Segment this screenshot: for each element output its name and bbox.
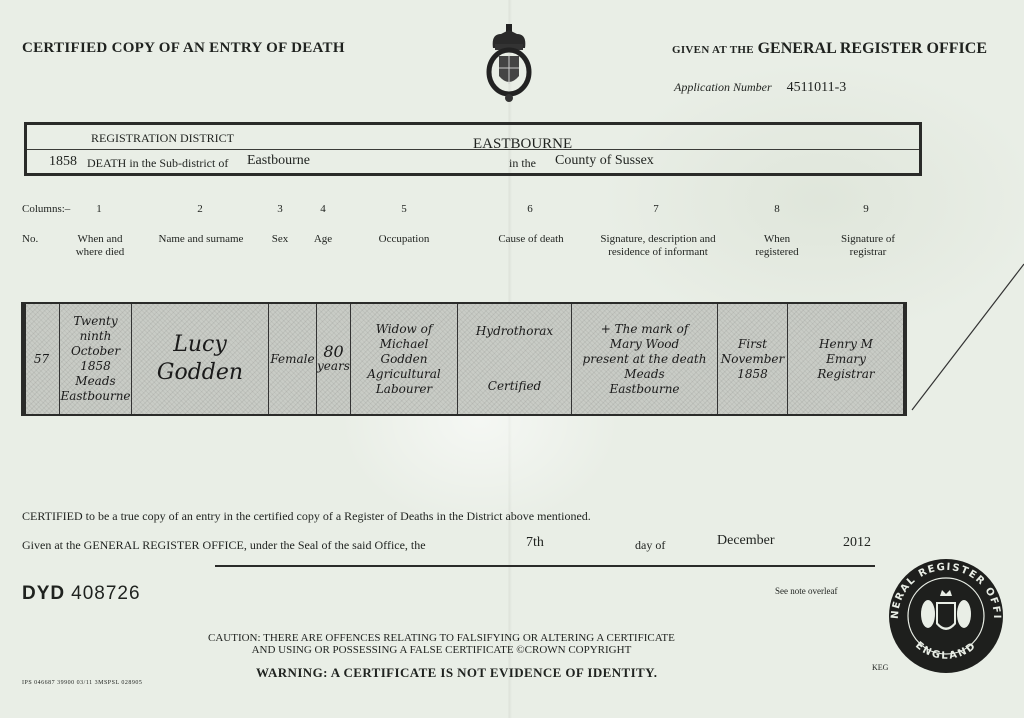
application-number-value: 4511011-3: [787, 80, 847, 95]
certificate-serial: DYD408726: [22, 583, 141, 605]
entry-informant: + The mark ofMary Woodpresent at the dea…: [572, 304, 718, 414]
registration-district-label: REGISTRATION DISTRICT: [91, 131, 234, 146]
issue-day: 7th: [526, 535, 544, 551]
general-register-office-heading: GIVEN AT THE GENERAL REGISTER OFFICE: [672, 40, 987, 58]
column-header-no: No.: [22, 233, 38, 246]
day-of-label: day of: [635, 538, 665, 553]
column-number: 7: [649, 203, 663, 215]
column-header-occupation: Occupation: [364, 233, 444, 246]
cancellation-stroke: [906, 262, 1024, 412]
registration-district-box: REGISTRATION DISTRICT EASTBOURNE 1858 DE…: [24, 122, 922, 176]
column-header-informant: Signature, description andresidence of i…: [592, 233, 724, 259]
entry-registrar-signature: Henry MEmaryRegistrar: [788, 304, 904, 414]
column-header-cause: Cause of death: [486, 233, 576, 246]
subdistrict-value: Eastbourne: [247, 153, 310, 169]
column-number: 9: [859, 203, 873, 215]
caution-notice: CAUTION: THERE ARE OFFENCES RELATING TO …: [208, 632, 675, 656]
entry-age: 80years: [317, 304, 351, 414]
certified-statement: CERTIFIED to be a true copy of an entry …: [22, 509, 591, 524]
identity-warning: WARNING: A CERTIFICATE IS NOT EVIDENCE O…: [256, 665, 657, 681]
signature-rule: [215, 565, 875, 567]
columns-label: Columns:–: [22, 203, 70, 215]
county-prefix: in the: [509, 156, 536, 171]
column-number: 3: [273, 203, 287, 215]
royal-crest-icon: [483, 22, 535, 104]
see-note-overleaf: See note overleaf: [775, 586, 837, 596]
entry-sex: Female: [269, 304, 317, 414]
column-header-registrar: Signature ofregistrar: [830, 233, 906, 259]
office-name: GENERAL REGISTER OFFICE: [758, 40, 987, 57]
certificate-title: CERTIFIED COPY OF AN ENTRY OF DEATH: [22, 40, 345, 57]
county-value: County of Sussex: [555, 153, 654, 169]
entry-occupation: Widow ofMichaelGoddenAgriculturalLaboure…: [351, 304, 458, 414]
column-header-name: Name and surname: [148, 233, 254, 246]
given-at-label: GIVEN AT THE: [672, 44, 754, 56]
column-header-sex: Sex: [264, 233, 296, 246]
column-number: 2: [193, 203, 207, 215]
column-header-age: Age: [307, 233, 339, 246]
column-number: 6: [523, 203, 537, 215]
column-header-when-registered: Whenregistered: [745, 233, 809, 259]
application-number: Application Number 4511011-3: [674, 80, 846, 96]
death-year: 1858: [49, 154, 77, 170]
register-entry-row: 57 TwentyninthOctober1858MeadsEastbourne…: [24, 302, 904, 416]
entry-when-where-died: TwentyninthOctober1858MeadsEastbourne: [60, 304, 132, 414]
column-number: 8: [770, 203, 784, 215]
given-statement: Given at the GENERAL REGISTER OFFICE, un…: [22, 538, 426, 553]
subdistrict-label: DEATH in the Sub-district of: [87, 156, 228, 171]
issue-year: 2012: [843, 535, 871, 551]
entry-number: 57: [24, 304, 60, 414]
column-number: 1: [92, 203, 106, 215]
column-number: 5: [397, 203, 411, 215]
serial-prefix: DYD: [22, 583, 65, 604]
column-number: 4: [316, 203, 330, 215]
column-header-when-where: When andwhere died: [62, 233, 138, 259]
issue-month: December: [717, 533, 775, 549]
entry-when-registered: FirstNovember1858: [718, 304, 788, 414]
print-code: IPS 046687 39900 03/11 3MSPSL 028905: [22, 680, 142, 686]
general-register-office-seal-icon: GENERAL REGISTER OFFICE × ENGLAND ×: [870, 556, 1020, 674]
serial-number: 408726: [71, 583, 140, 604]
registration-district-value: EASTBOURNE: [473, 136, 572, 153]
entry-name: LucyGodden: [132, 304, 269, 414]
entry-cause-of-death: HydrothoraxCertified: [458, 304, 572, 414]
application-number-label: Application Number: [674, 80, 772, 94]
